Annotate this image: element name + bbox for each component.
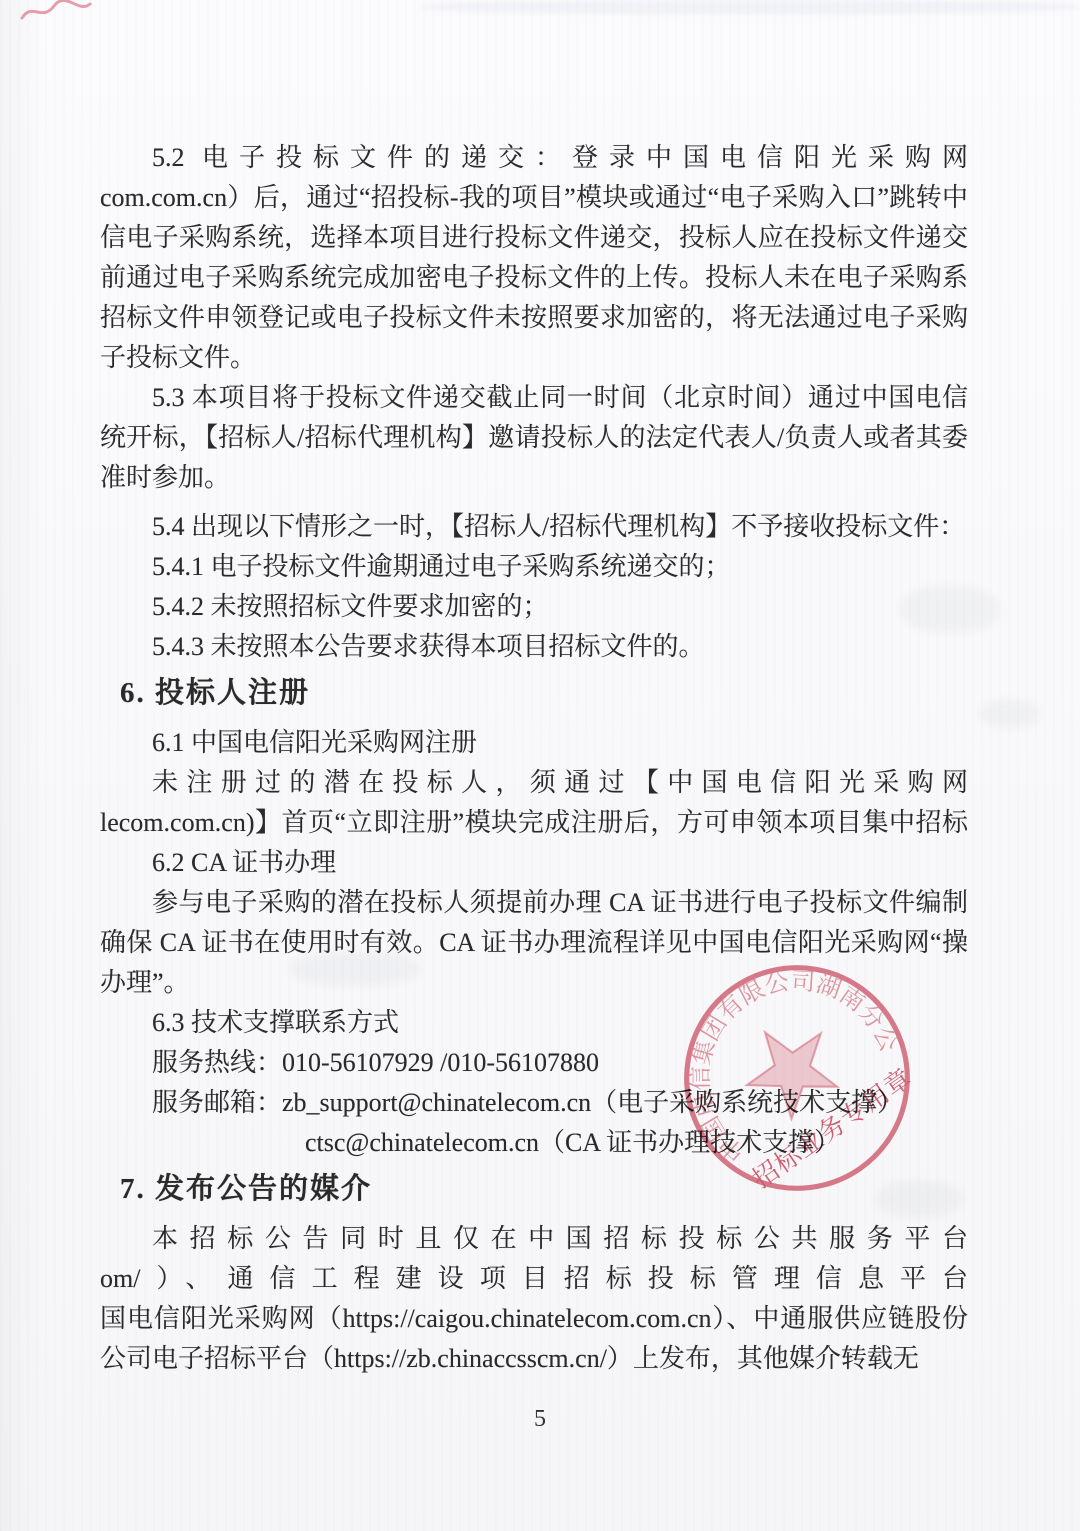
text-line: 准时参加。 xyxy=(100,458,968,498)
text-line: lecom.com.cn)】首页“立即注册”模块完成注册后，方可申领本项目集中招… xyxy=(100,803,968,843)
text-line: 本招标公告同时且仅在中国招标投标公共服务平台（http://www.cebpub… xyxy=(100,1219,968,1259)
text-line: 5.3 本项目将于投标文件递交截止同一时间（北京时间）通过中国电信电子采购系 xyxy=(100,378,968,418)
text-line: com.com.cn）后，通过“招投标-我的项目”模块或通过“电子采购入口”跳转… xyxy=(100,178,968,218)
red-pen-mark xyxy=(20,0,94,26)
text-line: 5.4.1 电子投标文件逾期通过电子采购系统递交的； xyxy=(100,547,968,587)
page-number: 5 xyxy=(0,1406,1080,1433)
text-line: 未注册过的潜在投标人，须通过【中国电信阳光采购网（https://caigou.… xyxy=(100,763,968,803)
text-line: 信电子采购系统，选择本项目进行投标文件递交，投标人应在投标文件递交截止时间之 xyxy=(100,218,968,258)
text-line: 子投标文件。 xyxy=(100,338,968,378)
text-line: 公司电子招标平台（https://zb.chinaccsscm.cn/）上发布，… xyxy=(100,1339,968,1379)
section-heading: 6. 投标人注册 xyxy=(100,671,968,715)
text-line: 前通过电子采购系统完成加密电子投标文件的上传。投标人未在电子采购系统进行集中 xyxy=(100,258,968,298)
text-line: 5.4 出现以下情形之一时，【招标人/招标代理机构】不予接收投标文件： xyxy=(100,507,968,547)
scan-smudge xyxy=(420,0,1080,14)
text-line: 统开标，【招标人/招标代理机构】邀请投标人的法定代表人/负责人或者其委托代理人 xyxy=(100,418,968,458)
text-line: 6.1 中国电信阳光采购网注册 xyxy=(100,723,968,763)
text-line: 5.2 电子投标文件的递交：登录中国电信阳光采购网（https://caigou… xyxy=(100,138,968,178)
scanned-document-page: 5.2 电子投标文件的递交：登录中国电信阳光采购网（https://caigou… xyxy=(0,0,1080,1531)
text-line: 国电信阳光采购网（https://caigou.chinatelecom.com… xyxy=(100,1299,968,1339)
text-line: 5.4.2 未按照招标文件要求加密的； xyxy=(100,587,968,627)
text-line: 6.2 CA 证书办理 xyxy=(100,843,968,883)
text-line: 招标文件申领登记或电子投标文件未按照要求加密的，将无法通过电子采购系统提交电 xyxy=(100,298,968,338)
text-line: om/）、通信工程建设项目招标投标管理信息平台（https://txzbqy.m… xyxy=(100,1259,968,1299)
scan-smudge xyxy=(980,700,1040,728)
text-line: 5.4.3 未按照本公告要求获得本项目招标文件的。 xyxy=(100,627,968,667)
